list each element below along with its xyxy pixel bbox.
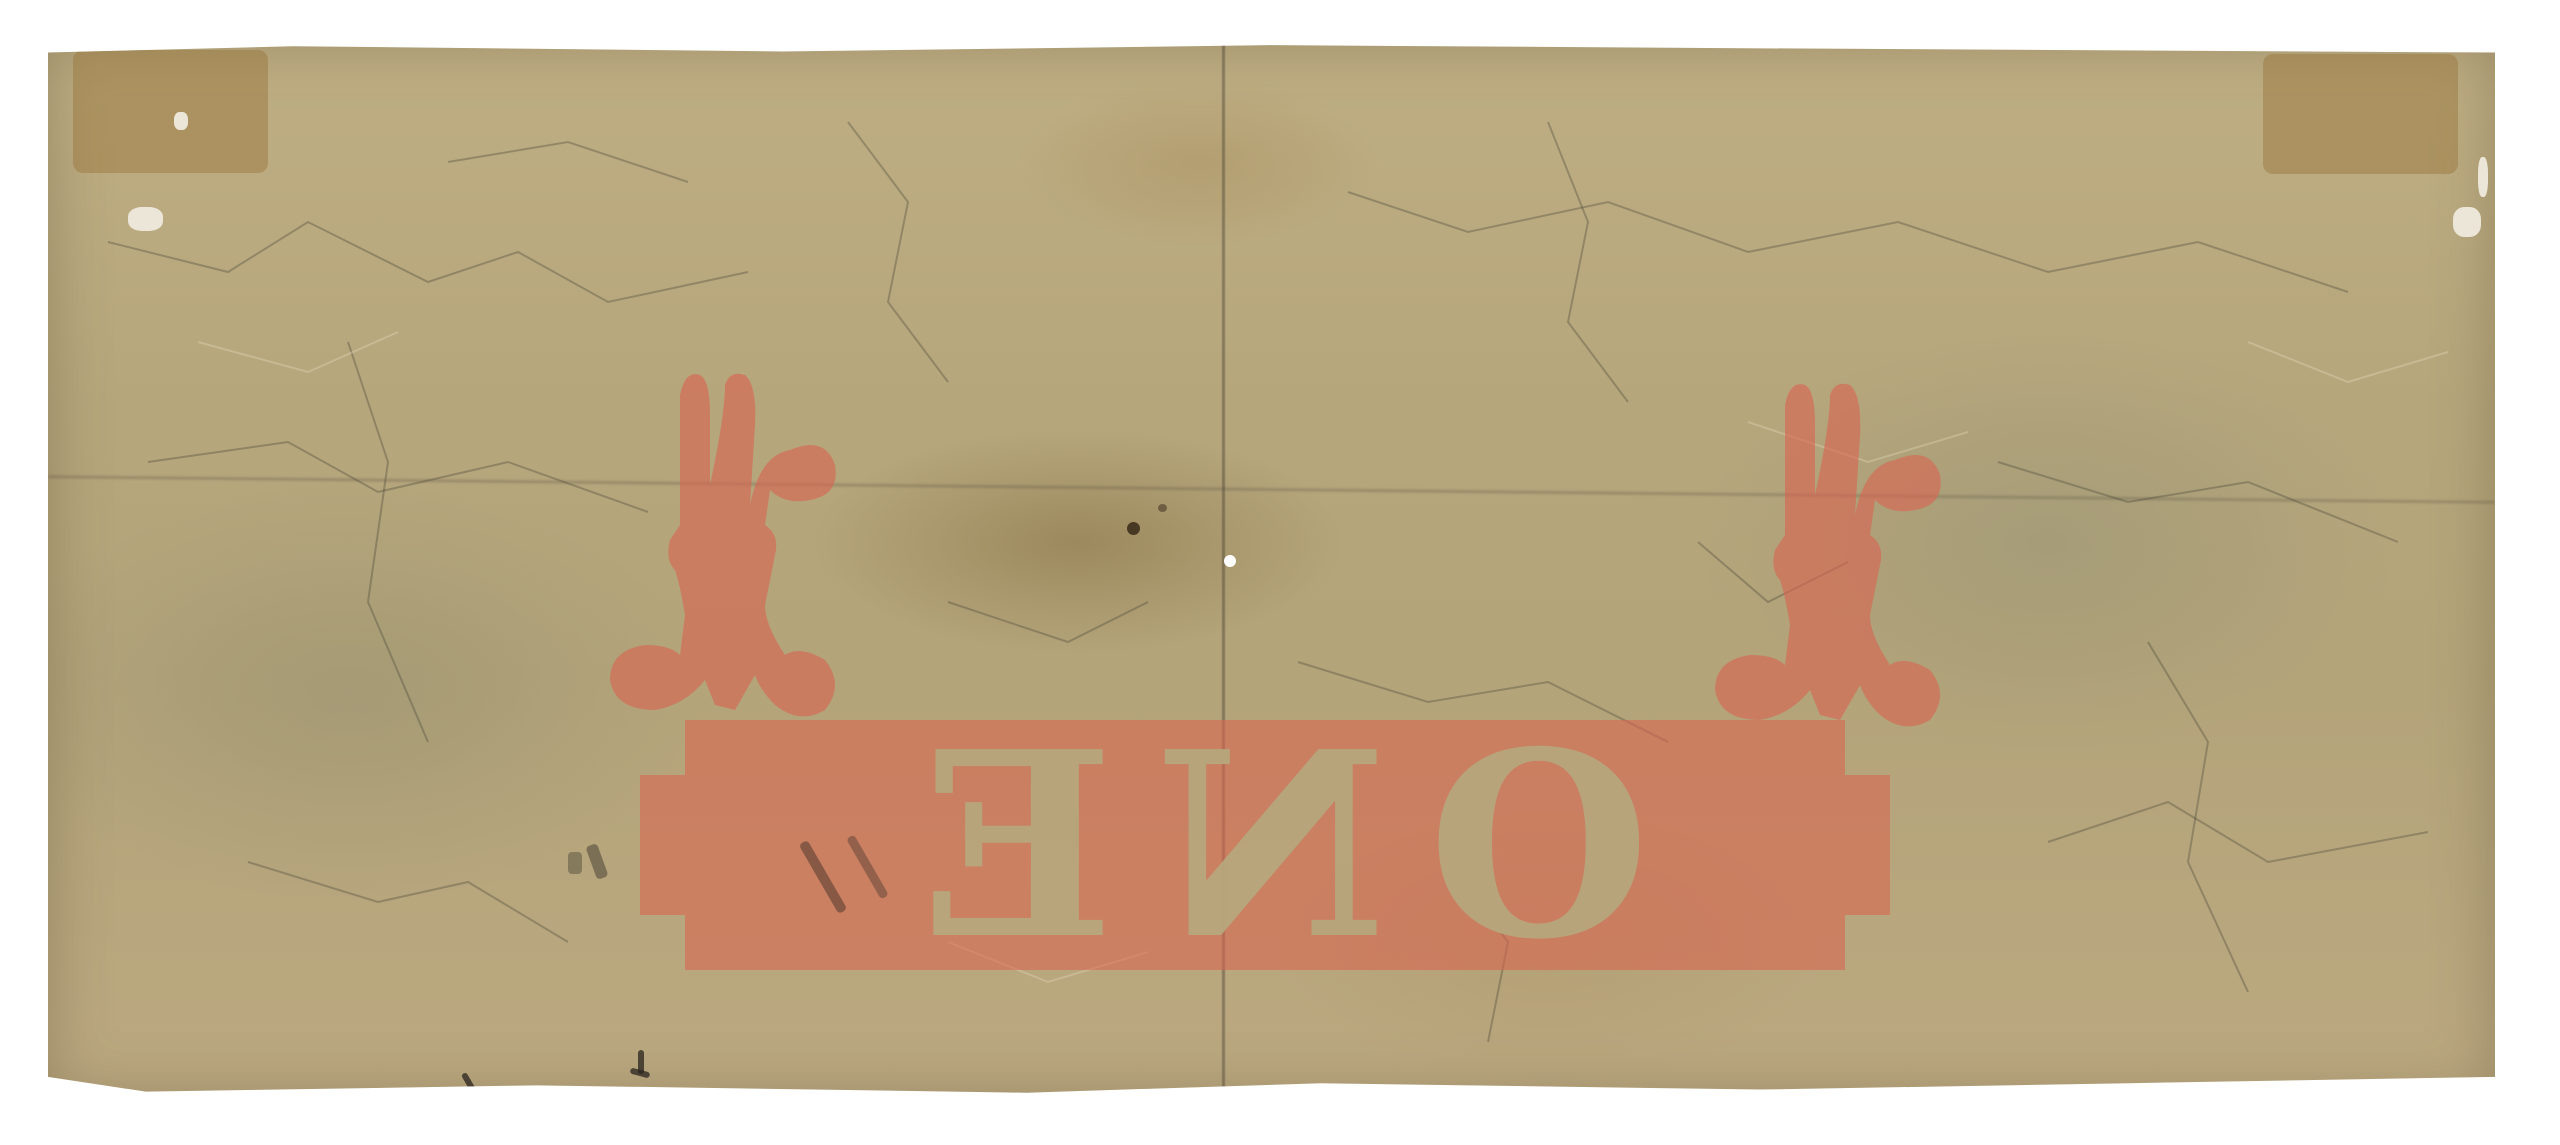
paper-loss-mark <box>128 207 163 231</box>
top-right-hinge-stain <box>2263 54 2458 174</box>
ink-spot <box>1127 522 1140 535</box>
pinhole <box>1224 555 1236 567</box>
paper-loss-mark <box>2478 157 2488 197</box>
ornate-numeral-one-right <box>1690 365 1970 735</box>
denomination-panel-one: ONE <box>640 720 1890 970</box>
denomination-word: ONE <box>880 720 1650 970</box>
paper-loss-mark <box>174 112 188 130</box>
banknote-reverse: ONE <box>48 42 2495 1098</box>
paper-loss-mark <box>2453 207 2481 237</box>
top-left-hinge-stain <box>73 50 268 173</box>
ornate-numeral-one-left <box>585 355 865 725</box>
handwritten-ink-mark <box>568 852 582 874</box>
photo-scene: ONE <box>0 0 2560 1145</box>
ink-spot <box>1158 504 1167 512</box>
